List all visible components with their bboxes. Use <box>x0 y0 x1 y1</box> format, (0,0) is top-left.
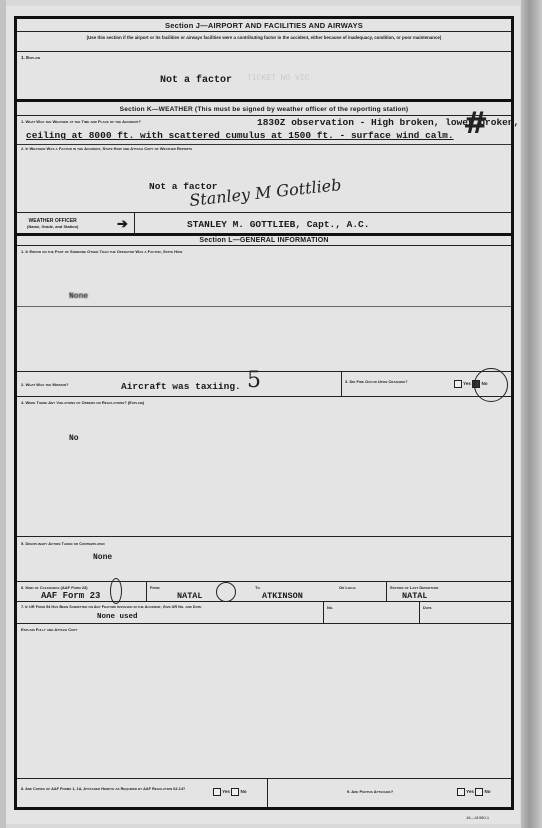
divider <box>267 779 268 807</box>
fire-yes-checkbox[interactable] <box>454 380 462 388</box>
clearance-value[interactable]: AAF Form 23 <box>41 591 100 601</box>
explain-fully-label: Explain Fully and Attach Copy <box>21 627 78 632</box>
aaf-forms-label: 8. Are Copies of AAF Forms 1, 1A, Attach… <box>21 787 201 792</box>
aaf-forms-no-checkbox[interactable] <box>231 788 239 796</box>
section-j-instruction: (Use this section if the airport or its … <box>17 32 511 41</box>
to-value[interactable]: ATKINSON <box>262 591 303 601</box>
section-l-q8-q9-row: 8. Are Copies of AAF Forms 1, 1A, Attach… <box>17 779 511 807</box>
weather-q2-label: 2. If Weather Was a Factor in the Accide… <box>21 146 192 151</box>
section-l-q4-row: 4. Were There Any Violations of Orders o… <box>17 397 511 537</box>
from-label: From <box>150 585 159 590</box>
error-other-value[interactable]: None <box>69 292 88 301</box>
aaf-forms-yes-label: Yes <box>222 789 230 794</box>
disciplinary-label: 5. Disciplinary Action Taken or Contempl… <box>21 541 105 546</box>
photos-no-checkbox[interactable] <box>475 788 483 796</box>
section-j-header: Section J—AIRPORT AND FACILITIES AND AIR… <box>17 19 511 32</box>
disciplinary-value[interactable]: None <box>93 553 112 562</box>
handwritten-oval <box>110 578 122 604</box>
or-local-label: Or Local <box>339 585 356 590</box>
section-l-q7-row: 7. If UR Form 54 Has Been Submitted on A… <box>17 602 511 624</box>
section-l-explain-row: Explain Fully and Attach Copy <box>17 624 511 779</box>
from-value[interactable]: NATAL <box>177 591 203 601</box>
section-l-q5-row: 5. Disciplinary Action Taken or Contempl… <box>17 537 511 582</box>
section-k-header: Section K—WEATHER (This must be signed b… <box>17 104 511 116</box>
fire-yes-label: Yes <box>463 381 471 386</box>
aaf-forms-options: Yes No <box>213 788 246 796</box>
handwritten-circle <box>216 582 236 602</box>
divider <box>17 144 511 145</box>
last-departure-label: Station of Last Departure <box>390 585 439 590</box>
photos-no-label: No <box>484 789 490 794</box>
section-l-q6-row: 6. Kind of Clearance (AAF Form 23) AAF F… <box>17 582 511 602</box>
ur-form-label: 7. If UR Form 54 Has Been Submitted on A… <box>21 605 319 610</box>
photos-yes-label: Yes <box>466 789 474 794</box>
section-k-title: Section K—WEATHER (This must be signed b… <box>17 104 511 116</box>
arrow-right-icon: ➔ <box>117 216 128 232</box>
mission-label: 2. What Was the Mission? <box>21 382 68 387</box>
fire-label: 3. Did Fire Occur Upon Crashing? <box>345 379 415 384</box>
weather-officer-value[interactable]: STANLEY M. GOTTLIEB, Capt., A.C. <box>187 219 369 230</box>
divider <box>341 372 342 396</box>
clearance-label: 6. Kind of Clearance (AAF Form 23) <box>21 585 88 590</box>
last-departure-value[interactable]: NATAL <box>402 591 428 601</box>
ur-form-value[interactable]: None used <box>97 613 138 621</box>
section-l-header: Section L—GENERAL INFORMATION <box>17 236 511 246</box>
ur-no-label: No. <box>327 605 333 610</box>
photos-label: 9. Are Photos Attached? <box>347 789 393 794</box>
weather-officer-sublabel: (Name, Grade, and Station) <box>27 224 78 229</box>
accident-report-form: Section J—AIRPORT AND FACILITIES AND AIR… <box>14 16 514 810</box>
weather-q1-value-line2[interactable]: ceiling at 8000 ft. with scattered cumul… <box>26 130 454 141</box>
bleed-through-text: TICKET NO VIC <box>247 74 309 83</box>
scan-edge-right <box>521 0 542 828</box>
section-j-instruction-row: (Use this section if the airport or its … <box>17 32 511 52</box>
ur-date-label: Date <box>423 605 432 610</box>
section-j-explain-value[interactable]: Not a factor <box>160 75 232 86</box>
divider <box>134 213 135 233</box>
photos-yes-checkbox[interactable] <box>457 788 465 796</box>
error-other-label: 1. If Error on the Part of Someone Other… <box>21 249 182 254</box>
aaf-forms-no-label: No <box>240 789 246 794</box>
handwritten-mark-5: 5 <box>247 368 261 393</box>
section-j-explain-label: 1. Explain <box>21 55 40 60</box>
section-j-explain-row: 1. Explain Not a factor TICKET NO VIC <box>17 52 511 102</box>
mission-value[interactable]: Aircraft was taxiing. <box>121 381 241 392</box>
violations-value[interactable]: No <box>69 434 79 443</box>
aaf-forms-yes-checkbox[interactable] <box>213 788 221 796</box>
divider <box>17 306 511 307</box>
divider <box>323 602 324 623</box>
violations-label: 4. Were There Any Violations of Orders o… <box>21 400 144 405</box>
weather-q1-label: 1. What Was the Weather at the Time and … <box>21 119 141 124</box>
photos-options: Yes No <box>457 788 490 796</box>
weather-officer-label-block: WEATHER OFFICER (Name, Grade, and Statio… <box>27 218 78 229</box>
weather-officer-row: WEATHER OFFICER (Name, Grade, and Statio… <box>17 212 511 236</box>
divider <box>386 582 387 601</box>
margin-hash-mark: # <box>463 106 488 141</box>
divider <box>146 582 147 601</box>
section-l-q1-row: 1. If Error on the Part of Someone Other… <box>17 246 511 372</box>
to-label: To <box>255 585 260 590</box>
section-l-q2-row: 2. What Was the Mission? Aircraft was ta… <box>17 372 511 397</box>
form-code: 16—41980-1 <box>466 815 489 820</box>
section-l-title: Section L—GENERAL INFORMATION <box>17 236 511 246</box>
section-j-title: Section J—AIRPORT AND FACILITIES AND AIR… <box>17 19 511 32</box>
divider <box>419 602 420 623</box>
